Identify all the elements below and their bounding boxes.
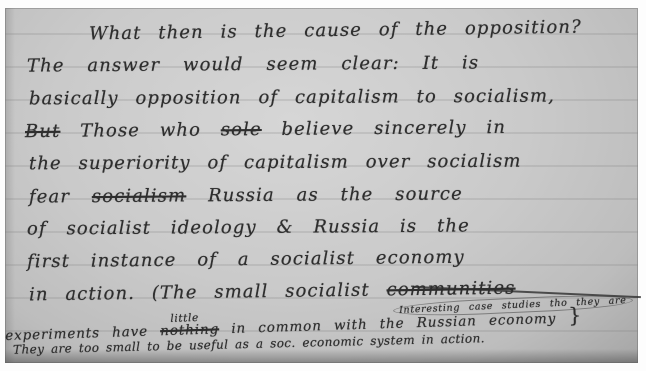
handwritten-note-page: What then is the cause of the opposition… [0,0,646,371]
handwriting-line-3: basically opposition of capitalism to so… [29,86,555,110]
handwriting-line-7: of socialist ideology & Russia is the [27,215,470,239]
handwriting-line-4: But Those who sole believe sincerely in [25,117,506,142]
handwriting-line-2: The answer would seem clear: It is [27,52,479,76]
handwriting-line-6: fear socialism Russia as the source [29,183,463,207]
note-photograph: What then is the cause of the opposition… [5,8,638,363]
handwriting-line-5: the superiority of capitalism over socia… [29,151,522,175]
